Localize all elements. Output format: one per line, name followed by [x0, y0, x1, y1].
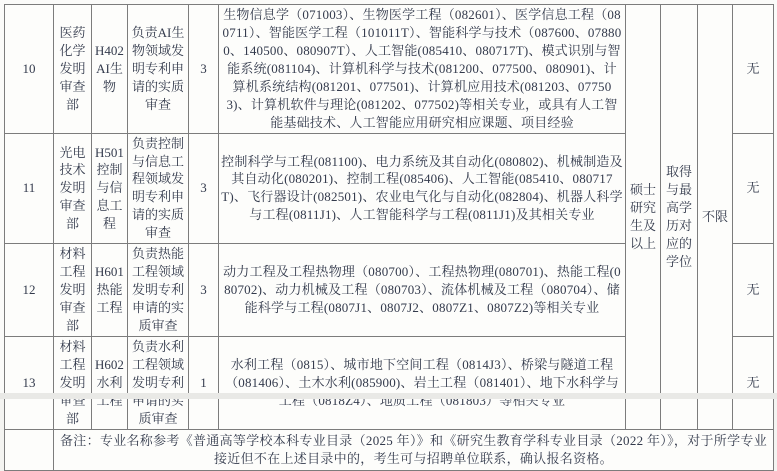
- headcount-cell: 3: [189, 133, 219, 244]
- table-row: 10 医药化学发明审查部 H402 AI生物 负责AI生物领域发明专利申请的实质…: [5, 5, 774, 134]
- other-requirement-cell: 无: [733, 244, 774, 337]
- no-limit-cell: 不限: [698, 5, 733, 400]
- position-code-cell: H601 热能工程: [92, 244, 128, 337]
- row-number-cell: 13: [5, 336, 54, 399]
- other-requirement-cell: 无: [733, 5, 774, 134]
- department-cell: 医药化学发明审查部: [54, 5, 92, 134]
- page-bottom-margin: [0, 393, 777, 399]
- duty-cell: 负责热能工程领域发明专利申请的实质审查: [128, 244, 189, 337]
- position-code-cell: H501 控制与信息工程: [92, 133, 128, 244]
- row-number-cell: 10: [5, 5, 54, 134]
- headcount-cell: 1: [189, 336, 219, 399]
- duty-cell: 负责控制与信息工程领域发明专利申请的实质审查: [128, 133, 189, 244]
- position-code-cell: H602 水利工程: [92, 336, 128, 399]
- row-number-cell: 12: [5, 244, 54, 337]
- other-requirement-cell: 无: [733, 133, 774, 244]
- document-page: 10 医药化学发明审查部 H402 AI生物 负责AI生物领域发明专利申请的实质…: [0, 0, 777, 399]
- department-cell: 材料工程发明审查部: [54, 244, 92, 337]
- education-requirement-cell: 硕士研究生及以上: [626, 5, 661, 400]
- degree-requirement-cell: 取得与最高学历对应的学位: [661, 5, 698, 400]
- position-code-cell: H402 AI生物: [92, 5, 128, 134]
- headcount-cell: 3: [189, 5, 219, 134]
- department-cell: 光电技术发明审查部: [54, 133, 92, 244]
- majors-cell: 生物信息学（071003）、生物医学工程（082601）、医学信息工程（0807…: [219, 5, 626, 134]
- recruitment-positions-table: 10 医药化学发明审查部 H402 AI生物 负责AI生物领域发明专利申请的实质…: [4, 4, 774, 399]
- majors-cell: 水利工程（0815）、城市地下空间工程（0814J3）、桥梁与隧道工程（0814…: [219, 336, 626, 399]
- other-requirement-cell: 无: [733, 336, 774, 399]
- duty-cell: 负责水利工程领域发明专利申请的实质审查: [128, 336, 189, 399]
- row-number-cell: 11: [5, 133, 54, 244]
- duty-cell: 负责AI生物领域发明专利申请的实质审查: [128, 5, 189, 134]
- majors-cell: 控制科学与工程(081100)、电力系统及其自动化(080802)、机械制造及其…: [219, 133, 626, 244]
- majors-cell: 动力工程及工程热物理（080700）、工程热物理(080701)、热能工程(08…: [219, 244, 626, 337]
- department-cell: 材料工程发明审查部: [54, 336, 92, 399]
- headcount-cell: 3: [189, 244, 219, 337]
